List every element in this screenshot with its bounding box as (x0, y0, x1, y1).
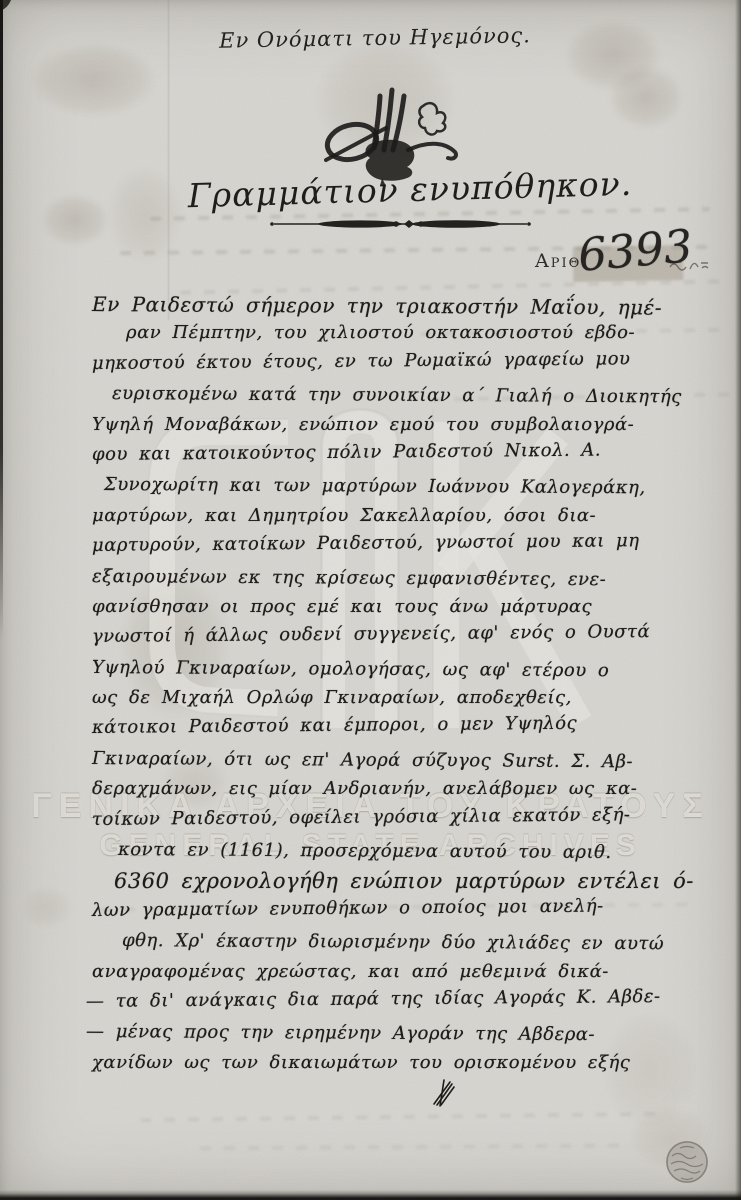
manuscript-line: γνωστοί ή άλλως ουδενί συγγενείς, αφ' εν… (92, 621, 712, 657)
manuscript-line: φθη. Χρ' έκαστην διωρισμένην δύο χιλιάδε… (122, 930, 712, 964)
paper-stain (30, 185, 120, 255)
manuscript-line: φου και κατοικούντος πόλιν Ραιδεστού Νικ… (92, 439, 712, 475)
document-number-value: 6393 (576, 219, 695, 282)
page-edge-right (735, 0, 741, 1200)
manuscript-line: λων γραμματίων ενυποθήκων ο οποίος μοι α… (92, 894, 712, 930)
document-title: Γραμμάτιον ενυπόθηκον. (185, 164, 636, 216)
manuscript-line: ευρισκομένω κατά την συνοικίαν α΄ Γιαλή … (112, 383, 712, 417)
invocation-line: Εν Ονόματι του Ηγεμόνος. (205, 23, 545, 53)
manuscript-body: Εν Ραιδεστώ σήμερον την τριακοστήν Μαΐου… (92, 292, 712, 1082)
paper-stain (548, 8, 678, 103)
fold-line (168, 0, 169, 320)
manuscript-line: κοντα εν (1161), προσερχόμενα αυτού του … (118, 839, 712, 873)
manuscript-line: Υψηλού Γκιναραίων, ομολογήσας, ως αφ' ετ… (92, 657, 712, 691)
manuscript-line: — μένας προς την ειρημένην Αγοράν της Αβ… (86, 1021, 712, 1055)
manuscript-line: Συνοχωρίτη και των μαρτύρων Ιωάννου Καλο… (104, 474, 712, 508)
scanned-document-page: ΓΕΝΙΚΑ ΑΡΧΕΙΑ ΤΟΥ ΚΡΑΤΟΥΣ GENERAL STATE … (0, 0, 741, 1200)
ghost-bleedthrough (200, 1144, 620, 1151)
ornamental-divider (268, 212, 533, 236)
manuscript-line: χανίδων ως των δικαιωμάτων του ορισκομέν… (92, 1052, 712, 1082)
paper-stain (12, 880, 82, 935)
manuscript-line: μηκοστού έκτου έτους, εν τω Ρωμαϊκώ γραφ… (92, 347, 712, 383)
continuation-mark-icon (428, 1078, 458, 1108)
manuscript-line: — τα δι' ανάγκαις δια παρά της ιδίας Αγο… (86, 986, 712, 1022)
page-edge-left (0, 0, 3, 640)
page-edge-bottom (0, 1190, 741, 1200)
manuscript-line: μαρτυρούν, κατοίκων Ραιδεστού, γνωστοί μ… (92, 530, 712, 566)
ghost-bleedthrough (140, 1112, 660, 1122)
paper-stain (8, 30, 178, 130)
paper-stain (95, 150, 195, 280)
manuscript-line: Γκιναραίων, ότι ως επ' Αγορά σύζυγος Sur… (92, 748, 712, 782)
page-corner-top-left (0, 0, 12, 12)
manuscript-line: Εν Ραιδεστώ σήμερον την τριακοστήν Μαΐου… (92, 292, 712, 326)
manuscript-line: κάτοικοι Ραιδεστού και έμποροι, ο μεν Υψ… (92, 712, 712, 748)
manuscript-line: εξαιρουμένων εκ της κρίσεως εμφανισθέντε… (92, 566, 712, 600)
paper-stain (596, 55, 696, 140)
round-seal-icon (662, 1138, 712, 1186)
manuscript-line: τοίκων Ραιδεστού, οφείλει γρόσια χίλια ε… (92, 803, 712, 839)
